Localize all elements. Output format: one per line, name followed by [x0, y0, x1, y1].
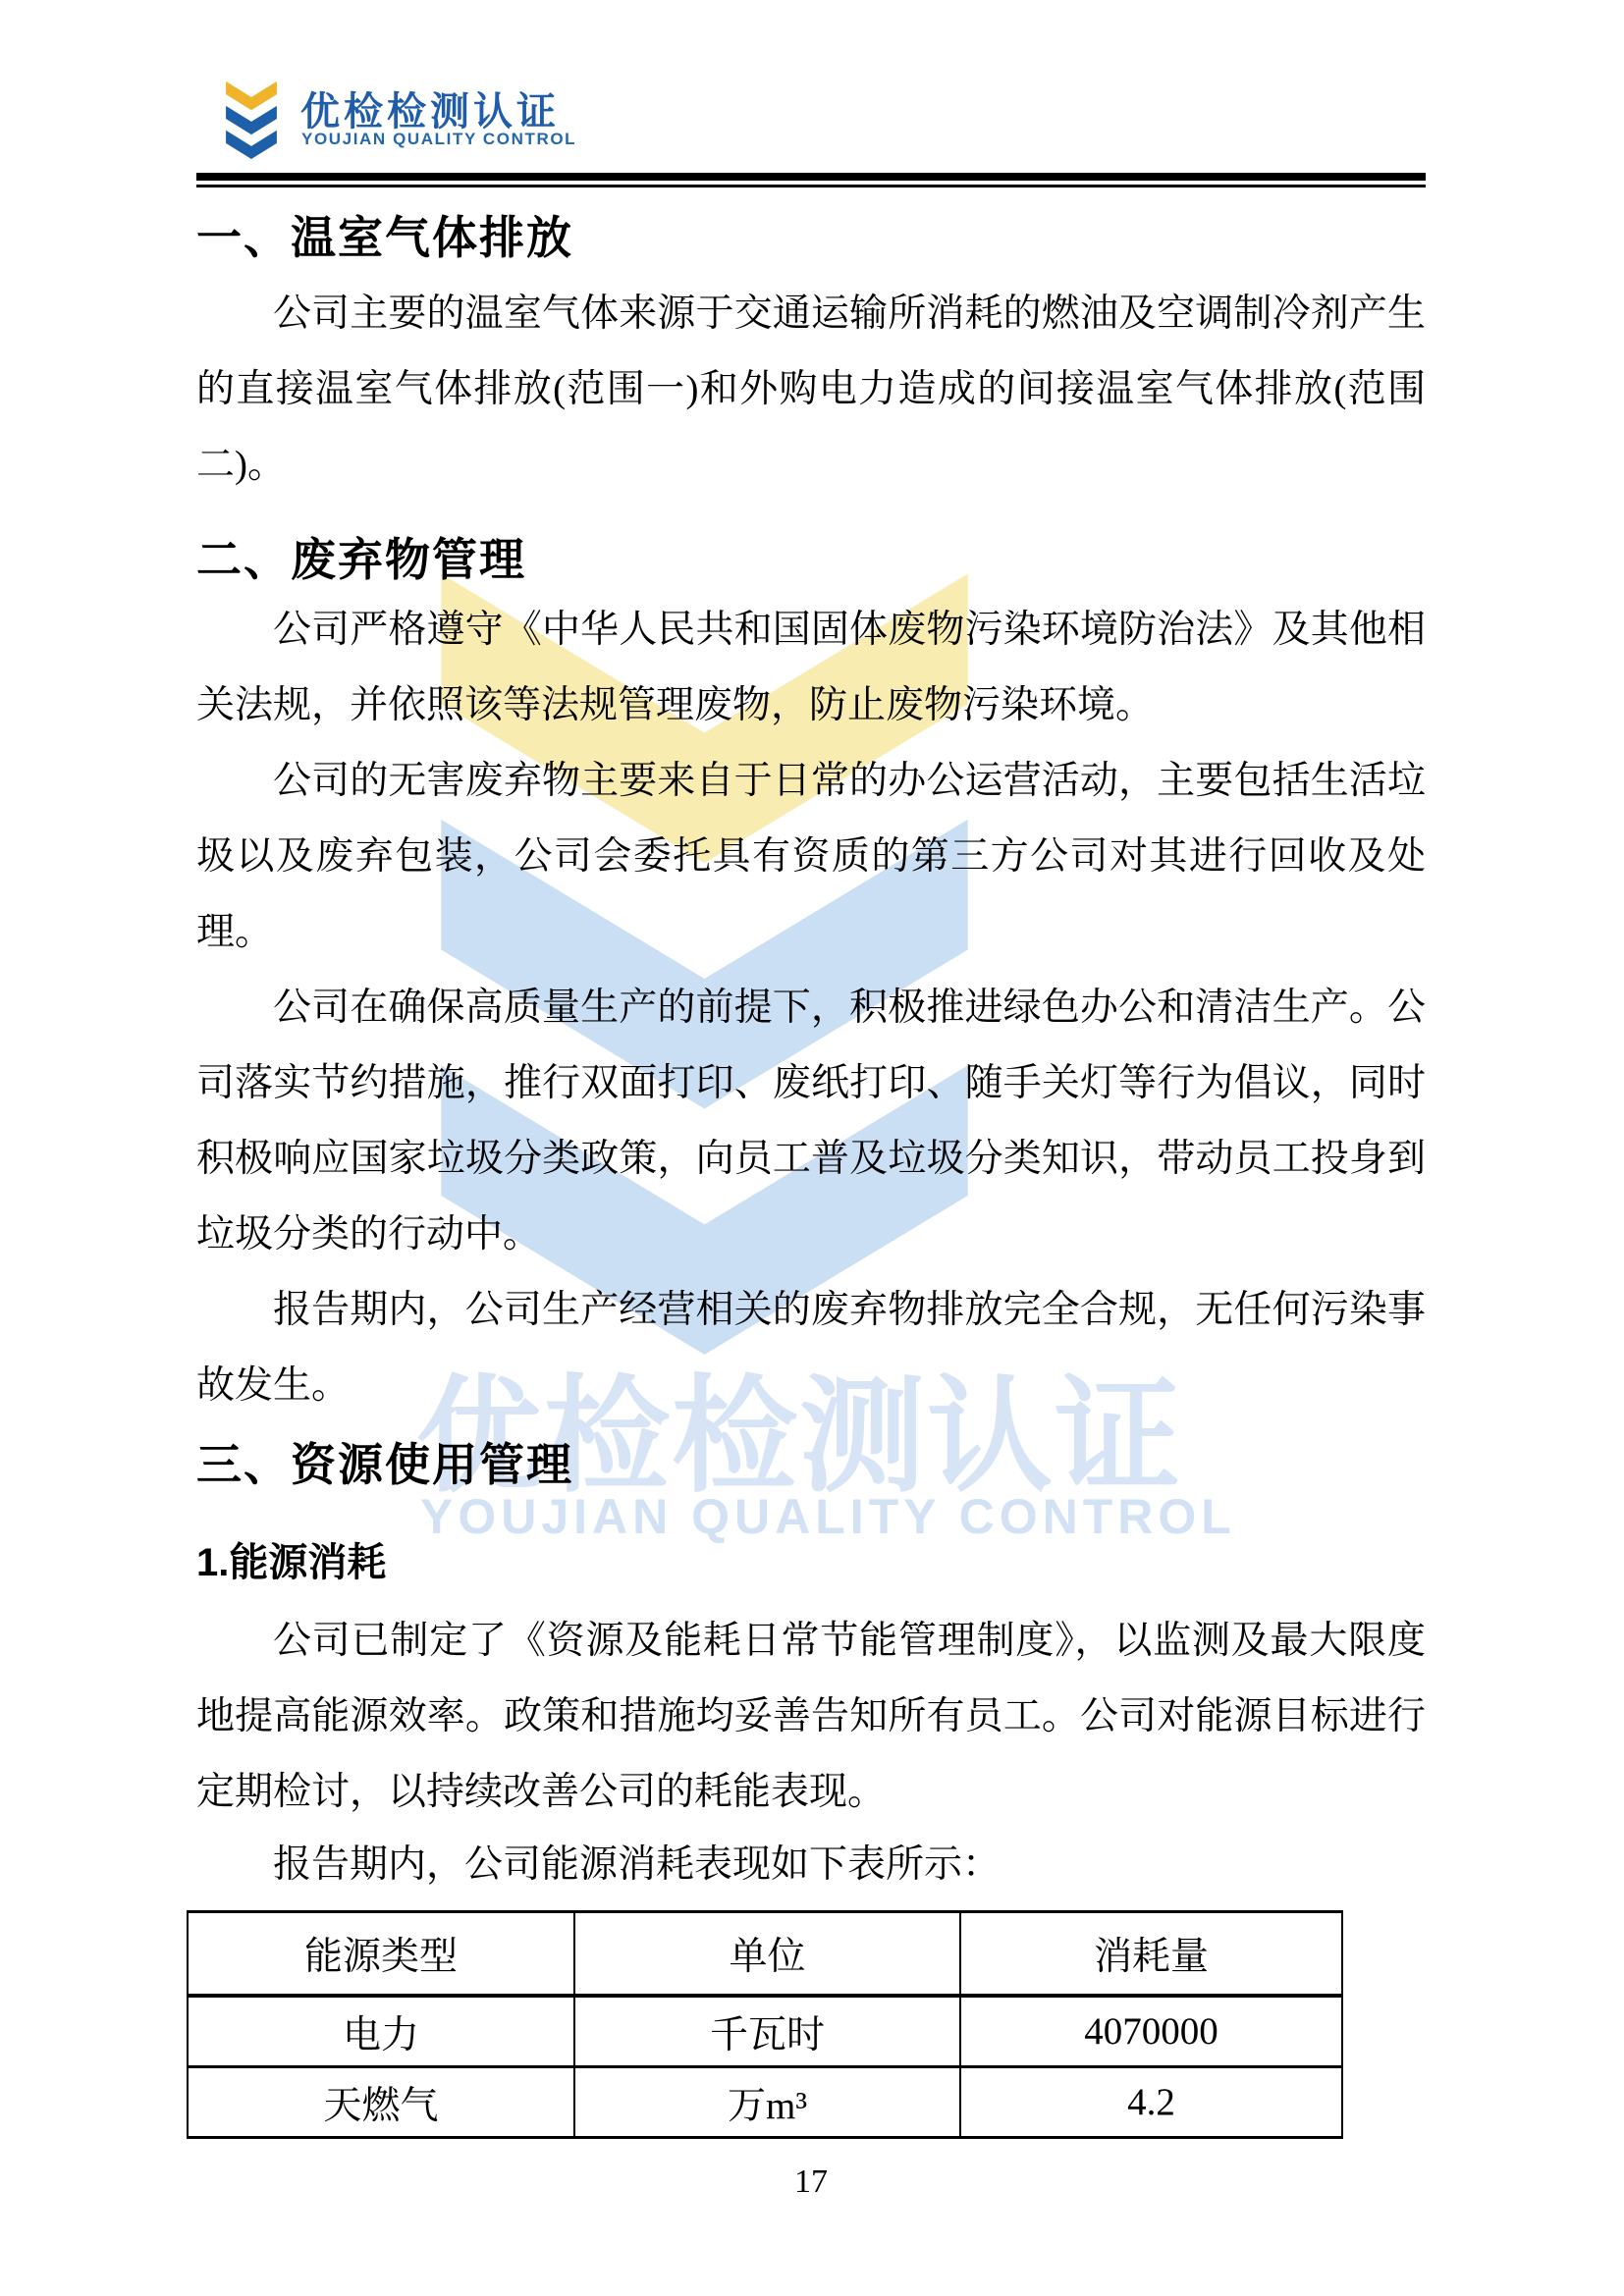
paragraph-line: 故发生。 — [196, 1362, 1426, 1410]
page-number: 17 — [196, 2163, 1426, 2201]
table-row: 天燃气 万m³ 4.2 — [188, 2067, 1342, 2138]
table-cell: 千瓦时 — [574, 1996, 960, 2067]
paragraph-line: 报告期内，公司生产经营相关的废弃物排放完全合规，无任何污染事 — [196, 1287, 1426, 1334]
paragraph-line: 定期检讨，以持续改善公司的耗能表现。 — [196, 1769, 1426, 1816]
paragraph-line: 二)。 — [196, 442, 1426, 489]
table-header-cell: 能源类型 — [188, 1912, 574, 1997]
table-header-cell: 单位 — [574, 1912, 960, 1997]
header-rule-thin — [196, 185, 1426, 187]
paragraph-line: 圾以及废弃包装，公司会委托具有资质的第三方公司对其进行回收及处 — [196, 833, 1426, 881]
table-cell: 天燃气 — [188, 2067, 574, 2138]
paragraph-line: 公司严格遵守《中华人民共和国固体废物污染环境防治法》及其他相 — [196, 607, 1426, 654]
section-heading-3: 三、资源使用管理 — [196, 1429, 573, 1494]
table-header-cell: 消耗量 — [960, 1912, 1342, 1997]
table-cell: 电力 — [188, 1996, 574, 2067]
company-logo-icon — [216, 79, 287, 159]
paragraph-line: 公司在确保高质量生产的前提下，积极推进绿色办公和清洁生产。公 — [196, 985, 1426, 1032]
document-page: 优检检测认证 YOUJIAN QUALITY CONTROL 优检检测认证 YO… — [0, 0, 1624, 2296]
paragraph-line: 垃圾分类的行动中。 — [196, 1211, 1426, 1258]
paragraph-line: 司落实节约措施，推行双面打印、废纸打印、随手关灯等行为倡议，同时 — [196, 1060, 1426, 1107]
table-row: 电力 千瓦时 4070000 — [188, 1996, 1342, 2067]
table-cell: 4.2 — [960, 2067, 1342, 2138]
paragraph-line: 公司已制定了《资源及能耗日常节能管理制度》，以监测及最大限度 — [196, 1618, 1426, 1665]
paragraph-line: 关法规，并依照该等法规管理废物，防止废物污染环境。 — [196, 682, 1426, 729]
paragraph-line: 积极响应国家垃圾分类政策，向员工普及垃圾分类知识，带动员工投身到 — [196, 1136, 1426, 1183]
company-logo-text-en: YOUJIAN QUALITY CONTROL — [301, 130, 576, 149]
paragraph-line: 的直接温室气体排放(范围一)和外购电力造成的间接温室气体排放(范围 — [196, 366, 1426, 413]
header-rule-thick — [196, 173, 1426, 181]
paragraph-line: 公司主要的温室气体来源于交通运输所消耗的燃油及空调制冷剂产生 — [196, 291, 1426, 338]
paragraph-line: 公司的无害废弃物主要来自于日常的办公运营活动，主要包括生活垃 — [196, 758, 1426, 805]
energy-consumption-table: 能源类型 单位 消耗量 电力 千瓦时 4070000 天燃气 万m³ 4.2 — [187, 1910, 1343, 2139]
company-logo-text-zh: 优检检测认证 — [300, 80, 560, 136]
paragraph-line: 报告期内，公司能源消耗表现如下表所示： — [196, 1842, 1426, 1889]
paragraph-line: 理。 — [196, 909, 1426, 956]
watermark-text-en: YOUJIAN QUALITY CONTROL — [420, 1488, 1166, 1545]
table-cell: 万m³ — [574, 2067, 960, 2138]
subsection-heading-energy: 1.能源消耗 — [196, 1531, 386, 1587]
paragraph-line: 地提高能源效率。政策和措施均妥善告知所有员工。公司对能源目标进行 — [196, 1693, 1426, 1740]
section-heading-2: 二、废弃物管理 — [196, 524, 526, 589]
table-cell: 4070000 — [960, 1996, 1342, 2067]
section-heading-1: 一、温室气体排放 — [196, 202, 573, 267]
table-header-row: 能源类型 单位 消耗量 — [188, 1912, 1342, 1997]
